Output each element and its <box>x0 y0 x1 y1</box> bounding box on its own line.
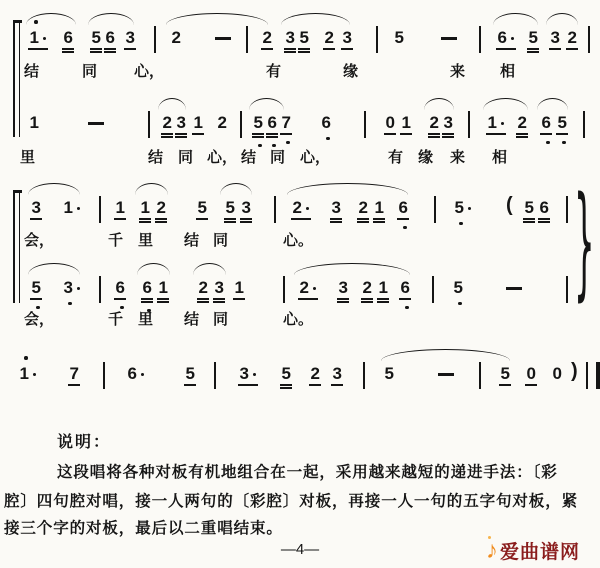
lyric-syllable: 有 <box>388 146 403 167</box>
slur-tie-arc <box>193 263 226 275</box>
jianpu-note: 6 <box>538 197 550 220</box>
lyric-syllable: 同 <box>213 308 228 329</box>
parenthesis: ( <box>506 194 513 217</box>
jianpu-note: 1 <box>114 197 126 220</box>
barline <box>479 26 481 53</box>
slur-tie-arc <box>88 13 134 25</box>
slur-tie-arc <box>220 183 252 195</box>
jianpu-note: 5 <box>523 197 535 220</box>
augmentation-dot <box>33 373 37 377</box>
lyric-syllable: 结 <box>241 146 256 167</box>
octave-dot-high <box>34 20 38 24</box>
jianpu-note: 3 <box>442 112 454 135</box>
augmentation-dot <box>77 287 81 291</box>
note-digit: 6 <box>116 278 125 297</box>
note-digit: 0 <box>527 364 536 383</box>
jianpu-note: 5 <box>252 112 264 135</box>
note-digit: 1 <box>141 198 150 217</box>
jianpu-note: 6 <box>104 27 116 50</box>
augmentation-dot <box>501 122 505 126</box>
octave-dot-low <box>458 302 462 306</box>
lyric-syllable: 里 <box>138 229 153 250</box>
lyric-syllable: 缘 <box>418 146 433 167</box>
half-note-dash <box>438 373 454 376</box>
lyric-syllable: 同 <box>213 229 228 250</box>
slur-tie-arc <box>158 98 186 110</box>
lyric-syllable: 心， <box>207 146 237 167</box>
half-note-dash <box>506 287 522 290</box>
lyric-syllable: 结 <box>148 146 163 167</box>
lyric-syllable: 心， <box>300 146 330 167</box>
jianpu-note: 1 <box>18 363 38 384</box>
lyric-syllable: 同 <box>270 146 285 167</box>
note-digit: 6 <box>540 198 549 217</box>
note-digit: 3 <box>551 28 560 47</box>
jianpu-note: 2 <box>161 112 173 135</box>
jianpu-note: 3 <box>549 27 561 50</box>
note-digit: 6 <box>143 278 152 297</box>
jianpu-note: 1 <box>139 197 151 220</box>
jianpu-note: 1 <box>373 197 385 220</box>
barline <box>283 276 285 303</box>
jianpu-note: 3 <box>238 363 258 386</box>
augmentation-dot <box>313 287 317 291</box>
octave-dot-low <box>403 226 407 230</box>
lyric-syllable: 会， <box>24 229 54 250</box>
brace-glyph: } <box>574 185 595 307</box>
note-digit: 7 <box>282 113 291 132</box>
barline <box>566 196 568 223</box>
lyric-syllable: 有 <box>266 60 281 81</box>
barline <box>434 196 436 223</box>
barline <box>376 26 378 53</box>
note-digit: 2 <box>293 198 302 217</box>
note-digit: 1 <box>402 113 411 132</box>
note-digit: 7 <box>70 364 79 383</box>
jianpu-note: 2 <box>261 27 273 50</box>
note-digit: 5 <box>198 198 207 217</box>
note-digit: 0 <box>553 364 562 383</box>
system-bracket <box>13 191 20 303</box>
note-digit: 1 <box>375 198 384 217</box>
barline <box>240 111 242 138</box>
jianpu-note: 7 <box>280 112 292 135</box>
notation-area: 1656322352356532结同心，有缘来相1231256760123126… <box>0 0 600 420</box>
lyric-syllable: 相 <box>500 60 515 81</box>
note-digit: 6 <box>268 113 277 132</box>
half-note-dash <box>441 37 457 40</box>
slur-tie-arc <box>28 263 80 275</box>
system-brace: } <box>574 185 597 309</box>
lyric-syllable: 结 <box>184 229 199 250</box>
jianpu-note: 3 <box>213 277 225 300</box>
note-digit: 6 <box>128 364 137 383</box>
note-digit: 2 <box>199 278 208 297</box>
octave-dot-high <box>24 356 28 360</box>
jianpu-note: 5 <box>527 27 539 50</box>
lyric-syllable: 同 <box>178 146 193 167</box>
jianpu-note: 3 <box>284 27 296 50</box>
jianpu-note: 6 <box>141 277 153 300</box>
octave-dot-low <box>405 306 409 310</box>
jianpu-note: 6 <box>62 27 74 50</box>
slur-tie-arc <box>287 183 408 195</box>
jianpu-note: 2 <box>216 112 228 133</box>
note-digit: 3 <box>215 278 224 297</box>
jianpu-note: 2 <box>516 112 528 135</box>
octave-dot-low <box>546 141 550 145</box>
note-digit: 5 <box>385 364 394 383</box>
note-digit: 3 <box>64 278 73 297</box>
jianpu-note: 1 <box>157 277 169 300</box>
note-digit: 3 <box>333 364 342 383</box>
jianpu-note: 5 <box>556 112 568 135</box>
sheet-music-page: 1656322352356532结同心，有缘来相1231256760123126… <box>0 0 600 568</box>
note-digit: 5 <box>282 364 291 383</box>
slur-tie-arc <box>135 183 168 195</box>
jianpu-note: 2 <box>170 27 182 48</box>
jianpu-note: 6 <box>114 277 126 300</box>
barline <box>583 111 585 138</box>
jianpu-note: 2 <box>323 27 335 50</box>
slur-tie-arc <box>546 13 578 25</box>
slur-tie-arc <box>28 183 80 195</box>
jianpu-note: 3 <box>62 277 82 298</box>
jianpu-note: 6 <box>397 197 409 220</box>
jianpu-note: 5 <box>280 363 292 386</box>
note-digit: 6 <box>542 113 551 132</box>
music-note-icon: ♪ <box>486 538 498 564</box>
lyric-syllable: 心。 <box>283 229 313 250</box>
note-digit: 1 <box>30 28 39 47</box>
note-digit: 1 <box>159 278 168 297</box>
barline <box>274 196 276 223</box>
jianpu-note: 2 <box>357 197 369 220</box>
note-digit: 5 <box>186 364 195 383</box>
note-digit: 1 <box>488 113 497 132</box>
barline <box>363 362 365 389</box>
jianpu-note: 6 <box>540 112 552 135</box>
jianpu-note: 5 <box>184 363 196 386</box>
lyric-syllable: 相 <box>492 146 507 167</box>
note-digit: 5 <box>92 28 101 47</box>
half-note-dash <box>88 122 104 125</box>
jianpu-note: 5 <box>499 363 511 386</box>
barline <box>588 26 590 53</box>
note-digit: 2 <box>157 198 166 217</box>
augmentation-dot <box>77 207 81 211</box>
note-digit: 2 <box>300 278 309 297</box>
jianpu-note: 2 <box>197 277 209 300</box>
lyric-syllable: 心。 <box>283 308 313 329</box>
note-digit: 5 <box>558 113 567 132</box>
slur-tie-arc <box>381 349 510 361</box>
augmentation-dot <box>141 373 145 377</box>
note-digit: 5 <box>226 198 235 217</box>
note-digit: 0 <box>386 113 395 132</box>
lyric-syllable: 来 <box>450 60 465 81</box>
note-digit: 6 <box>322 113 331 132</box>
jianpu-note: 2 <box>155 197 167 220</box>
barline <box>468 111 470 138</box>
jianpu-note: 0 <box>551 363 563 384</box>
note-digit: 2 <box>363 278 372 297</box>
jianpu-note: 5 <box>383 363 395 384</box>
jianpu-note: 1 <box>192 112 204 135</box>
barline <box>99 276 101 303</box>
jianpu-note: 3 <box>240 197 252 220</box>
jianpu-note: 5 <box>452 277 464 298</box>
jianpu-note: 2 <box>291 197 311 220</box>
jianpu-note: 1 <box>400 112 412 135</box>
jianpu-note: 2 <box>361 277 373 300</box>
note-digit: 1 <box>64 198 73 217</box>
jianpu-note: 2 <box>298 277 318 300</box>
note-digit: 3 <box>286 28 295 47</box>
jianpu-note: 1 <box>62 197 82 218</box>
octave-dot-low <box>459 222 463 226</box>
note-digit: 2 <box>263 28 272 47</box>
lyric-syllable: 千 <box>108 308 123 329</box>
augmentation-dot <box>511 37 515 41</box>
system-bracket <box>13 21 20 137</box>
note-digit: 3 <box>332 198 341 217</box>
note-digit: 5 <box>395 28 404 47</box>
note-digit: 1 <box>194 113 203 132</box>
barline <box>432 276 434 303</box>
note-digit: 3 <box>177 113 186 132</box>
jianpu-note: 3 <box>175 112 187 135</box>
jianpu-note: 1 <box>377 277 389 300</box>
note-digit: 3 <box>32 198 41 217</box>
octave-dot-low <box>326 137 330 141</box>
slur-tie-arc <box>424 98 454 110</box>
note-digit: 3 <box>343 28 352 47</box>
jianpu-note: 6 <box>266 112 278 135</box>
lyric-syllable: 缘 <box>343 60 358 81</box>
note-digit: 6 <box>106 28 115 47</box>
jianpu-note: 1 <box>28 112 40 133</box>
note-digit: 5 <box>455 198 464 217</box>
note-digit: 5 <box>254 113 263 132</box>
note-digit: 5 <box>501 364 510 383</box>
augmentation-dot <box>43 37 47 41</box>
octave-dot-low <box>562 141 566 145</box>
half-note-dash <box>215 37 231 40</box>
explanation-line-3: 接三个字的对板，最后以二重唱结束。 <box>4 516 283 538</box>
note-digit: 5 <box>32 278 41 297</box>
jianpu-note: 0 <box>384 112 396 135</box>
augmentation-dot <box>306 207 310 211</box>
augmentation-dot <box>253 373 257 377</box>
lyric-syllable: 心， <box>134 60 164 81</box>
lyric-syllable: 同 <box>82 60 97 81</box>
note-digit: 6 <box>498 28 507 47</box>
note-digit: 3 <box>339 278 348 297</box>
note-digit: 3 <box>126 28 135 47</box>
jianpu-note: 2 <box>428 112 440 135</box>
note-digit: 1 <box>235 278 244 297</box>
jianpu-note: 6 <box>496 27 516 50</box>
jianpu-note: 7 <box>68 363 80 386</box>
lyric-syllable: 来 <box>450 146 465 167</box>
note-digit: 1 <box>379 278 388 297</box>
jianpu-note: 3 <box>337 277 349 300</box>
note-digit: 5 <box>529 28 538 47</box>
note-digit: 5 <box>300 28 309 47</box>
note-digit: 6 <box>401 278 410 297</box>
note-digit: 2 <box>163 113 172 132</box>
barline <box>214 362 216 389</box>
barline <box>103 362 105 389</box>
lyric-syllable: 结 <box>24 60 39 81</box>
note-digit: 1 <box>20 364 29 383</box>
parenthesis: ) <box>571 360 578 383</box>
jianpu-note: 3 <box>30 197 42 220</box>
augmentation-dot <box>468 207 472 211</box>
note-digit: 2 <box>172 28 181 47</box>
jianpu-note: 3 <box>341 27 353 50</box>
octave-dot-low <box>286 141 290 145</box>
slur-tie-arc <box>137 263 170 275</box>
jianpu-note: 6 <box>399 277 411 300</box>
note-digit: 2 <box>359 198 368 217</box>
lyric-syllable: 结 <box>184 308 199 329</box>
note-digit: 5 <box>525 198 534 217</box>
jianpu-note: 5 <box>30 277 42 300</box>
note-digit: 6 <box>399 198 408 217</box>
jianpu-note: 2 <box>309 363 321 386</box>
barline <box>566 276 568 303</box>
jianpu-note: 0 <box>525 363 537 386</box>
explanation-line-1: 这段唱将各种对板有机地组合在一起，采用越来越短的递进手法：〔彩 <box>57 460 558 482</box>
lyric-syllable: 会， <box>24 308 54 329</box>
slur-tie-arc <box>281 13 350 25</box>
jianpu-note: 3 <box>331 363 343 386</box>
note-digit: 3 <box>444 113 453 132</box>
note-digit: 3 <box>240 364 249 383</box>
jianpu-note: 6 <box>320 112 332 133</box>
jianpu-note: 1 <box>28 27 48 50</box>
slur-tie-arc <box>483 98 528 110</box>
note-digit: 2 <box>218 113 227 132</box>
note-digit: 2 <box>325 28 334 47</box>
jianpu-note: 1 <box>486 112 506 135</box>
explanation-line-2: 腔〕四句腔对唱，接一人两句的〔彩腔〕对板，再接一人一句的五字句对板，紧 <box>4 489 578 511</box>
watermark-link[interactable]: ♪ 爱曲谱网 <box>486 537 580 564</box>
lyric-syllable: 千 <box>108 229 123 250</box>
lyric-syllable: 里 <box>20 146 35 167</box>
note-digit: 2 <box>311 364 320 383</box>
barline <box>479 362 481 389</box>
jianpu-note: 6 <box>126 363 146 384</box>
jianpu-note: 3 <box>330 197 342 220</box>
note-digit: 6 <box>64 28 73 47</box>
slur-tie-arc <box>493 13 538 25</box>
note-digit: 3 <box>242 198 251 217</box>
explanation-heading: 说明： <box>57 429 111 452</box>
barline <box>364 111 366 138</box>
barline <box>148 111 150 138</box>
note-digit: 1 <box>30 113 39 132</box>
jianpu-note: 5 <box>393 27 405 48</box>
lyric-syllable: 里 <box>138 308 153 329</box>
jianpu-note: 3 <box>124 27 136 50</box>
watermark-text: 爱曲谱网 <box>500 537 580 564</box>
note-digit: 2 <box>518 113 527 132</box>
slur-tie-arc <box>294 263 410 275</box>
note-digit: 2 <box>430 113 439 132</box>
jianpu-note: 1 <box>233 277 245 300</box>
jianpu-note: 5 <box>453 197 473 218</box>
final-barline <box>586 362 600 389</box>
octave-dot-low <box>258 144 262 148</box>
note-digit: 1 <box>116 198 125 217</box>
barline <box>246 26 248 53</box>
jianpu-note: 5 <box>90 27 102 50</box>
slur-tie-arc <box>166 13 268 25</box>
octave-dot-low <box>68 302 72 306</box>
barline <box>154 26 156 53</box>
barline <box>99 196 101 223</box>
slur-tie-arc <box>249 98 284 110</box>
note-digit: 5 <box>454 278 463 297</box>
jianpu-note: 2 <box>566 27 578 50</box>
jianpu-note: 5 <box>224 197 236 220</box>
note-digit: 2 <box>568 28 577 47</box>
jianpu-note: 5 <box>196 197 208 220</box>
slur-tie-arc <box>537 98 568 110</box>
jianpu-note: 5 <box>298 27 310 50</box>
